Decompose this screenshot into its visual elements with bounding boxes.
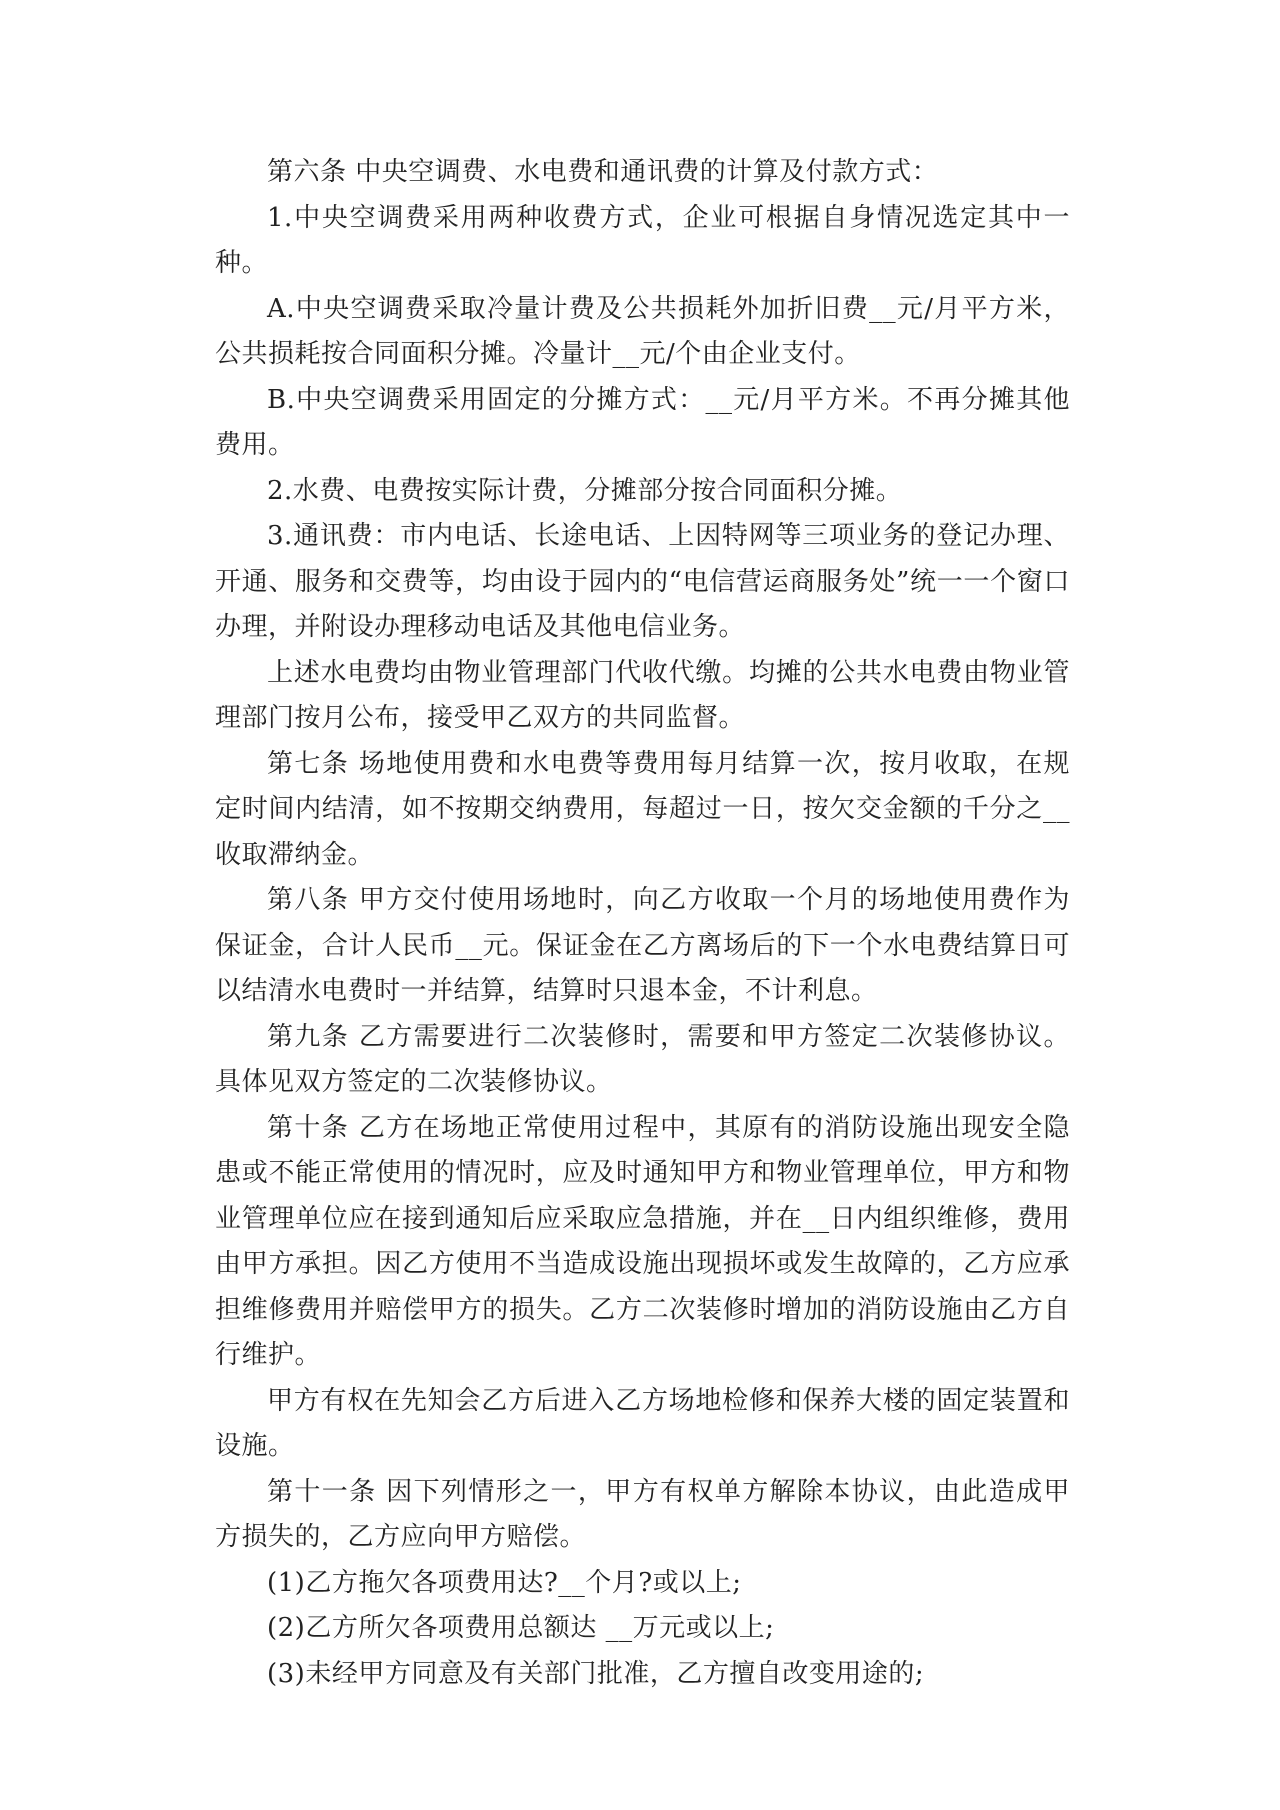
article-8: 第八条 甲方交付使用场地时，向乙方收取一个月的场地使用费作为保证金，合计人民币_… <box>215 878 1070 1015</box>
article-6-item-1: 1.中央空调费采用两种收费方式，企业可根据自身情况选定其中一种。 <box>215 196 1070 287</box>
article-10: 第十条 乙方在场地正常使用过程中，其原有的消防设施出现安全隐患或不能正常使用的情… <box>215 1106 1070 1379</box>
article-10-note: 甲方有权在先知会乙方后进入乙方场地检修和保养大楼的固定装置和设施。 <box>215 1379 1070 1470</box>
article-7: 第七条 场地使用费和水电费等费用每月结算一次，按月收取，在规定时间内结清，如不按… <box>215 742 1070 879</box>
article-6-item-1b: B.中央空调费采用固定的分摊方式：__元/月平方米。不再分摊其他费用。 <box>215 378 1070 469</box>
article-6-item-2: 2.水费、电费按实际计费，分摊部分按合同面积分摊。 <box>215 469 1070 515</box>
article-6-heading: 第六条 中央空调费、水电费和通讯费的计算及付款方式： <box>215 150 1070 196</box>
article-11-item-3: (3)未经甲方同意及有关部门批准，乙方擅自改变用途的; <box>215 1652 1070 1698</box>
article-11: 第十一条 因下列情形之一，甲方有权单方解除本协议，由此造成甲方损失的，乙方应向甲… <box>215 1470 1070 1561</box>
article-6-item-1a: A.中央空调费采取冷量计费及公共损耗外加折旧费__元/月平方米，公共损耗按合同面… <box>215 287 1070 378</box>
document-page: 第六条 中央空调费、水电费和通讯费的计算及付款方式： 1.中央空调费采用两种收费… <box>215 150 1070 1697</box>
article-6-note: 上述水电费均由物业管理部门代收代缴。均摊的公共水电费由物业管理部门按月公布，接受… <box>215 651 1070 742</box>
article-9: 第九条 乙方需要进行二次装修时，需要和甲方签定二次装修协议。具体见双方签定的二次… <box>215 1015 1070 1106</box>
article-11-item-1: (1)乙方拖欠各项费用达?__个月?或以上; <box>215 1561 1070 1607</box>
article-11-item-2: (2)乙方所欠各项费用总额达 __万元或以上; <box>215 1606 1070 1652</box>
article-6-item-3: 3.通讯费：市内电话、长途电话、上因特网等三项业务的登记办理、开通、服务和交费等… <box>215 514 1070 651</box>
